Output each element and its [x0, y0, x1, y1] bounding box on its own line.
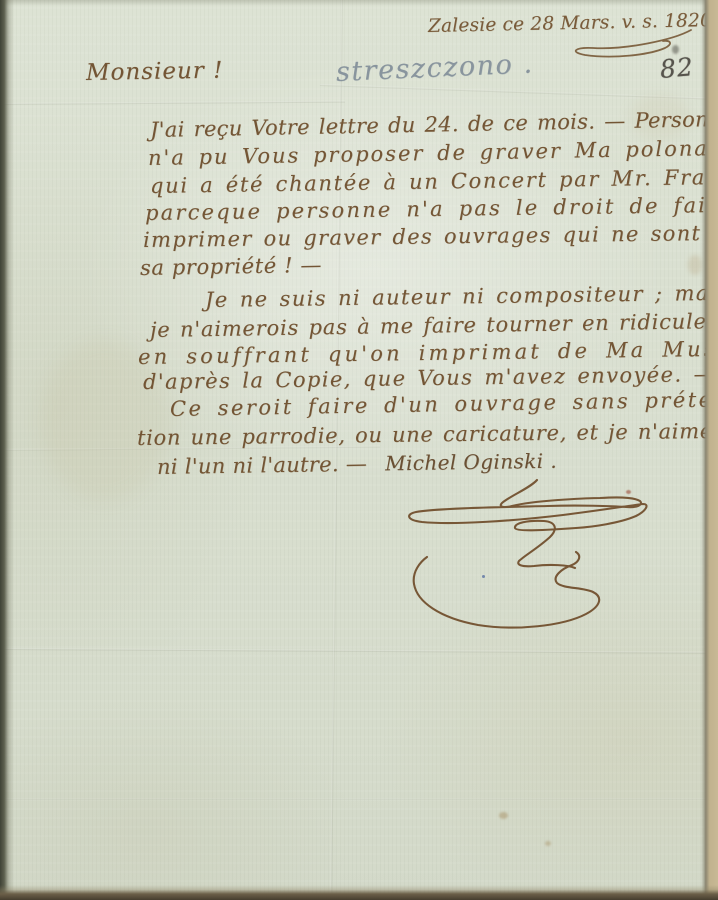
paper-stain — [545, 841, 551, 846]
letter-line: imprimer ou graver des ouvrages qui ne s… — [143, 221, 718, 252]
signature-flourish — [398, 476, 664, 634]
paper-stain — [499, 812, 508, 819]
paper-stain — [626, 490, 631, 494]
fold-crease-lower — [0, 798, 718, 800]
letter-line: Je ne suis ni auteur ni compositeur ; ma… — [205, 281, 718, 312]
scanned-letter-page: Zalesie ce 28 Mars. v. s. 1820. Monsieur… — [0, 0, 718, 900]
dateline: Zalesie ce 28 Mars. v. s. 1820. — [428, 10, 718, 37]
paper-stain — [688, 255, 702, 275]
scan-edge-bottom — [0, 885, 718, 900]
fold-crease-top-left — [0, 101, 345, 105]
letter-line: ni l'un ni l'autre. — — [157, 452, 367, 479]
salutation: Monsieur ! — [86, 58, 224, 86]
archival-annotation: streszczono . — [335, 48, 534, 88]
fold-crease-top-right — [320, 84, 718, 100]
page-number: 82 — [659, 52, 695, 84]
letter-line: n'a pu Vous proposer de graver Ma polona… — [148, 135, 718, 170]
scan-edge-right — [701, 0, 718, 900]
fold-crease-center — [0, 648, 718, 654]
letter-line: tion une parrodie, ou une caricature, et… — [137, 419, 713, 450]
scan-edge-left — [0, 0, 14, 900]
letter-line-with-signature: ni l'un ni l'autre. —Michel Oginski . — [157, 449, 557, 479]
paper-stain — [482, 575, 485, 578]
letter-line: parceque personne n'a pas le droit de fa… — [145, 193, 718, 225]
letter-line: qui a été chantée à un Concert par Mr. F… — [150, 165, 718, 198]
letter-line: je n'aimerois pas à me faire tourner en … — [150, 309, 715, 342]
letter-line: sa propriété ! — — [140, 253, 322, 280]
signature-name: Michel Oginski . — [385, 449, 557, 476]
scan-edge-top — [0, 0, 718, 6]
